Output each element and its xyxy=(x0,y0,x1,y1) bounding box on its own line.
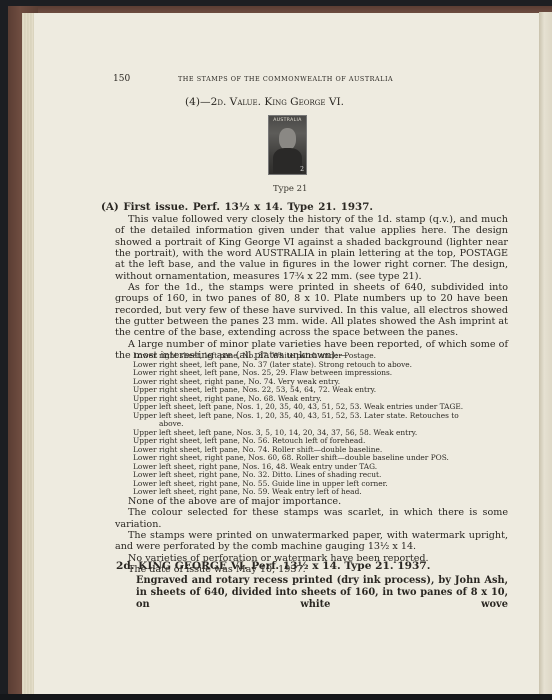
issue-a-intro: This value followed very closely the his… xyxy=(115,214,508,361)
paragraph: The colour selected for these stamps was… xyxy=(115,507,508,530)
stamp-portrait-head xyxy=(279,128,296,150)
issue-b-heading: 2d. KING GEORGE VI. Perf. 13½ x 14. Type… xyxy=(116,560,430,572)
paragraph: As for the 1d., the stamps were printed … xyxy=(115,282,508,339)
varieties-list: Lower right sheet, left pane, No. 37. Wh… xyxy=(133,352,513,497)
list-item: Upper left sheet, left pane, Nos. 1, 20,… xyxy=(133,412,513,421)
paragraph: None of the above are of major importanc… xyxy=(115,496,508,507)
page-number: 150 xyxy=(113,74,130,84)
paragraph: This value followed very closely the his… xyxy=(115,214,508,282)
issue-a-heading: (A) First issue. Perf. 13½ x 14. Type 21… xyxy=(101,201,373,213)
stamp-country-label: AUSTRALIA xyxy=(269,118,306,123)
section-title: (4)—2d. Value. King George VI. xyxy=(185,96,344,108)
bottom-background xyxy=(0,694,552,700)
figure-caption: Type 21 xyxy=(273,184,307,194)
issue-b-text: Engraved and rotary recess printed (dry … xyxy=(136,575,508,611)
stamp-value: 2 xyxy=(300,166,304,173)
paragraph: The stamps were printed on unwatermarked… xyxy=(115,530,508,553)
paragraph: Engraved and rotary recess printed (dry … xyxy=(136,575,508,611)
running-header: THE STAMPS OF THE COMMONWEALTH OF AUSTRA… xyxy=(178,75,393,83)
stamp-portrait-body xyxy=(273,148,302,173)
stamp-image: AUSTRALIA 2 xyxy=(268,115,307,175)
right-page-edge xyxy=(539,12,552,696)
